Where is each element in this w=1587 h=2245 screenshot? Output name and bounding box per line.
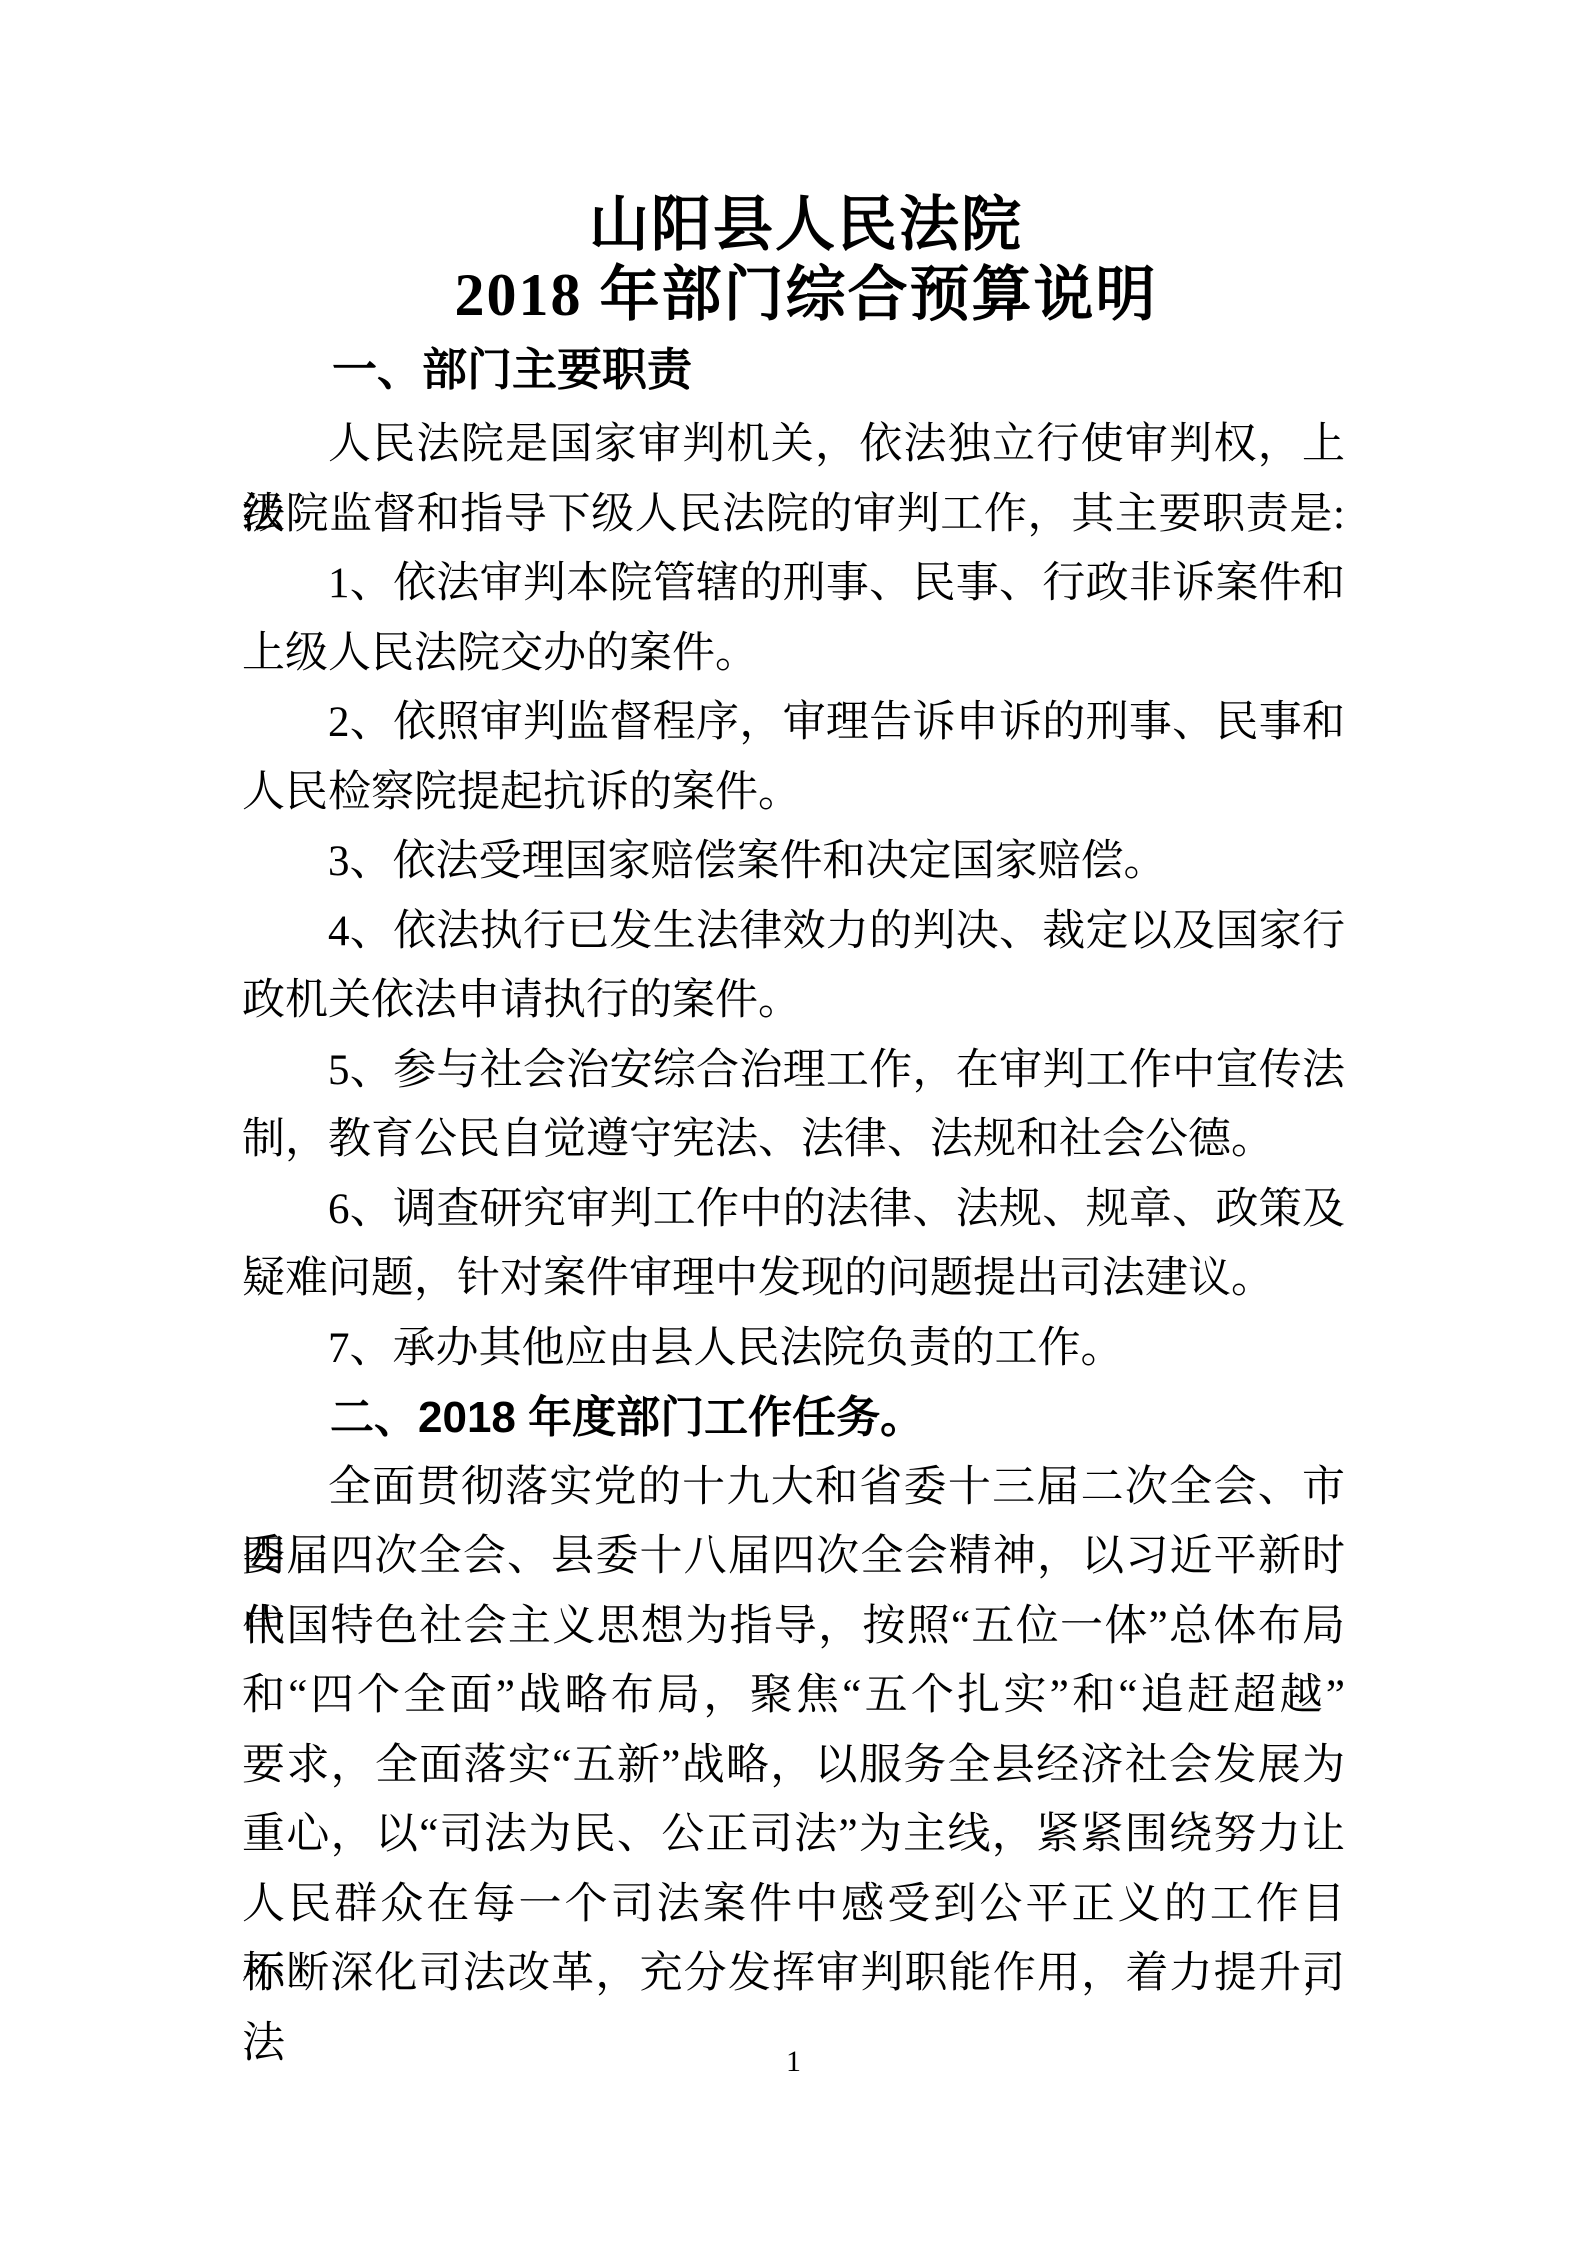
document-title-line1: 山阳县人民法院	[0, 190, 1587, 260]
section-heading-2: 二、2018 年度部门工作任务。	[242, 1383, 1345, 1453]
doc-line: 重心，以“司法为民、公正司法”为主线，紧紧围绕努力让	[242, 1800, 1345, 1870]
doc-line: 人民检察院提起抗诉的案件。	[242, 758, 1345, 828]
doc-line: 不断深化司法改革，充分发挥审判职能作用，着力提升司法	[242, 1939, 1345, 2009]
doc-line: 6、调查研究审判工作中的法律、法规、规章、政策及	[242, 1175, 1345, 1245]
doc-line: 人民群众在每一个司法案件中感受到公平正义的工作目标，	[242, 1870, 1345, 1940]
doc-line: 1、依法审判本院管辖的刑事、民事、行政非诉案件和	[242, 549, 1345, 619]
doc-line: 四届四次全会、县委十八届四次全会精神，以习近平新时代	[242, 1522, 1345, 1592]
doc-line: 全面贯彻落实党的十九大和省委十三届二次全会、市委	[242, 1453, 1345, 1523]
doc-line: 2、依照审判监督程序，审理告诉申诉的刑事、民事和	[242, 688, 1345, 758]
doc-line: 人民法院是国家审判机关，依法独立行使审判权，上级	[242, 410, 1345, 480]
doc-line: 要求，全面落实“五新”战略，以服务全县经济社会发展为	[242, 1731, 1345, 1801]
doc-line: 政机关依法申请执行的案件。	[242, 966, 1345, 1036]
document-title-line2: 2018 年部门综合预算说明	[0, 260, 1587, 330]
doc-line: 法院监督和指导下级人民法院的审判工作，其主要职责是:	[242, 480, 1345, 550]
doc-line: 4、依法执行已发生法律效力的判决、裁定以及国家行	[242, 897, 1345, 967]
doc-line: 上级人民法院交办的案件。	[242, 619, 1345, 689]
doc-line: 中国特色社会主义思想为指导，按照“五位一体”总体布局	[242, 1592, 1345, 1662]
doc-line: 制，教育公民自觉遵守宪法、法律、法规和社会公德。	[242, 1105, 1345, 1175]
document-page: 山阳县人民法院 2018 年部门综合预算说明 一、部门主要职责 人民法院是国家审…	[0, 0, 1587, 2245]
doc-line: 疑难问题，针对案件审理中发现的问题提出司法建议。	[242, 1244, 1345, 1314]
doc-line: 3、依法受理国家赔偿案件和决定国家赔偿。	[242, 827, 1345, 897]
page-number: 1	[0, 2046, 1587, 2078]
section-heading-1: 一、部门主要职责	[242, 330, 1345, 410]
doc-line: 5、参与社会治安综合治理工作，在审判工作中宣传法	[242, 1036, 1345, 1106]
doc-line: 7、承办其他应由县人民法院负责的工作。	[242, 1314, 1345, 1384]
document-body: 人民法院是国家审判机关，依法独立行使审判权，上级 法院监督和指导下级人民法院的审…	[242, 410, 1345, 2009]
doc-line: 和“四个全面”战略布局，聚焦“五个扎实”和“追赶超越”	[242, 1661, 1345, 1731]
